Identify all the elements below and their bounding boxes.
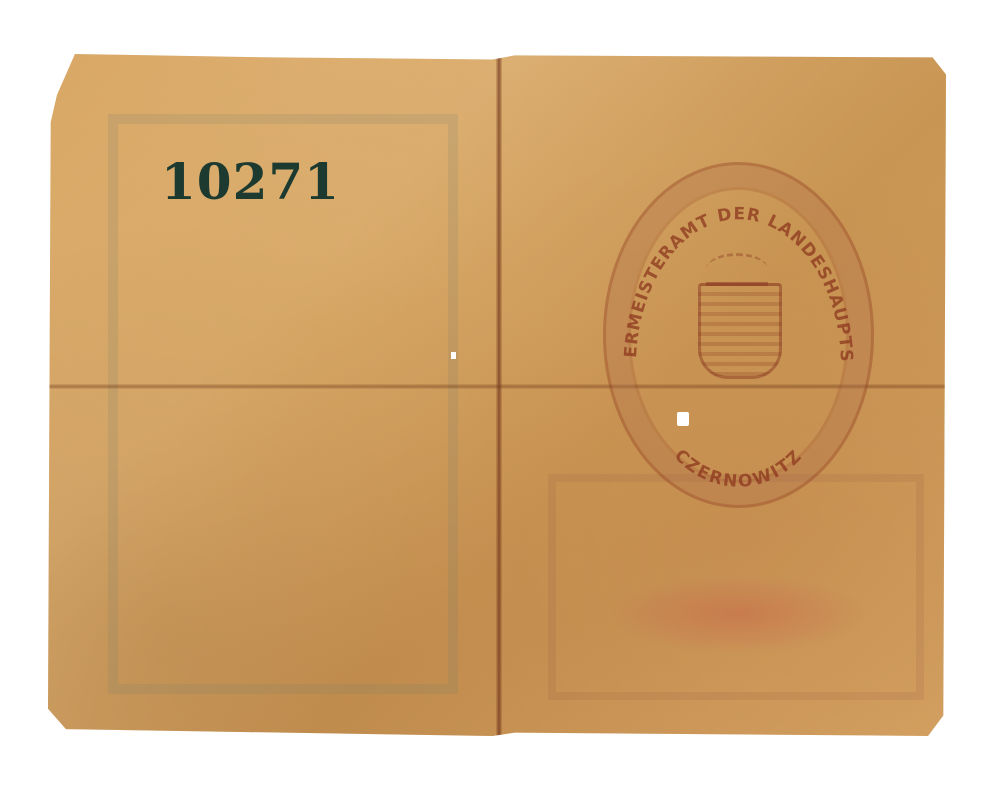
coat-of-arms-icon	[698, 283, 782, 379]
seal-bottom-text: CZERNOWITZ	[670, 446, 807, 492]
paper-hole	[677, 412, 689, 426]
red-ink-stamp	[608, 574, 868, 654]
svg-text:CZERNOWITZ: CZERNOWITZ	[670, 446, 807, 492]
crown-icon	[706, 253, 768, 286]
embossed-seal: BÜRGERMEISTERAMT DER LANDESHAUPTSTADT CZ…	[603, 162, 874, 508]
serial-number: 10271	[161, 152, 340, 211]
paper-tear	[451, 352, 456, 359]
banknote: 10271 BÜRGERMEISTERAMT DER LANDESHAUPTST…	[48, 54, 946, 736]
vertical-fold-crease	[496, 54, 502, 736]
